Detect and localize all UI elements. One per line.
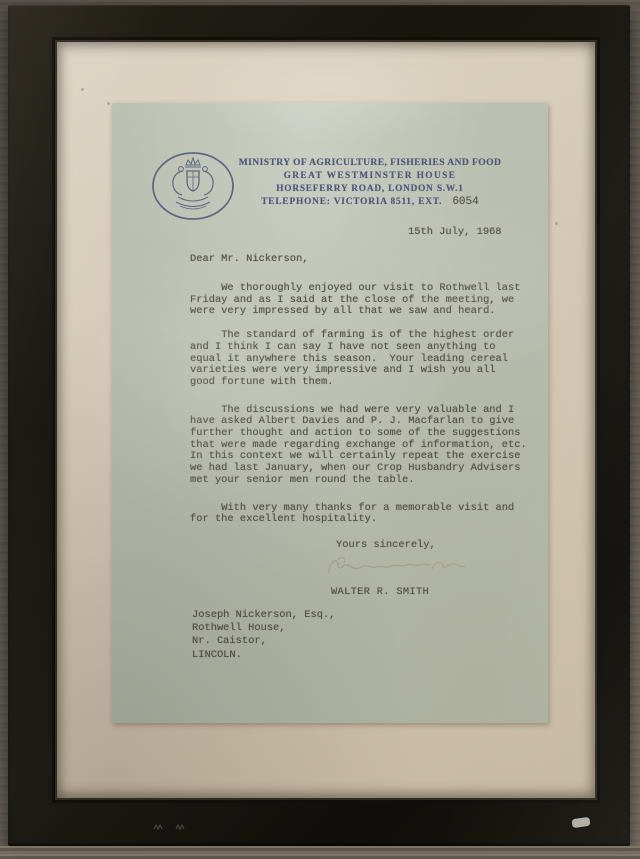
telephone-extension: 6054	[452, 196, 478, 208]
pencil-marks	[152, 820, 192, 834]
letterhead-telephone: TELEPHONE: VICTORIA 8511, EXT.	[261, 197, 442, 207]
letter-paper: MINISTRY OF AGRICULTURE, FISHERIES AND F…	[112, 103, 548, 723]
salutation: Dear Mr. Nickerson,	[190, 254, 308, 266]
recipient-address: Joseph Nickerson, Esq., Rothwell House, …	[192, 609, 335, 662]
letterhead-line2: GREAT WESTMINSTER HOUSE	[214, 170, 526, 183]
dust-speck	[107, 102, 110, 105]
letter-date: 15th July, 1968	[408, 227, 502, 239]
letterhead-line4: TELEPHONE: VICTORIA 8511, EXT.6054	[214, 196, 526, 209]
letter-paragraph: With very many thanks for a memorable vi…	[190, 503, 538, 526]
letter-paragraph: The standard of farming is of the highes…	[190, 330, 538, 389]
floor-strip	[0, 846, 640, 859]
sender-name: WALTER R. SMITH	[331, 587, 429, 599]
handwritten-signature-icon	[324, 551, 474, 581]
letterhead: MINISTRY OF AGRICULTURE, FISHERIES AND F…	[214, 156, 526, 209]
letter-paragraph: The discussions we had were very valuabl…	[190, 405, 538, 487]
letter-body: We thoroughly enjoyed our visit to Rothw…	[190, 283, 538, 526]
dust-speck	[81, 88, 84, 91]
letterhead-line3: HORSEFERRY ROAD, LONDON S.W.1	[214, 183, 526, 196]
dust-speck	[555, 222, 558, 225]
letter-paragraph: We thoroughly enjoyed our visit to Rothw…	[190, 283, 538, 318]
photo-of-framed-letter: { "scene": { "subject": "Framed typed le…	[0, 0, 640, 859]
letterhead-line1: MINISTRY OF AGRICULTURE, FISHERIES AND F…	[214, 156, 526, 170]
closing: Yours sincerely,	[336, 540, 436, 552]
